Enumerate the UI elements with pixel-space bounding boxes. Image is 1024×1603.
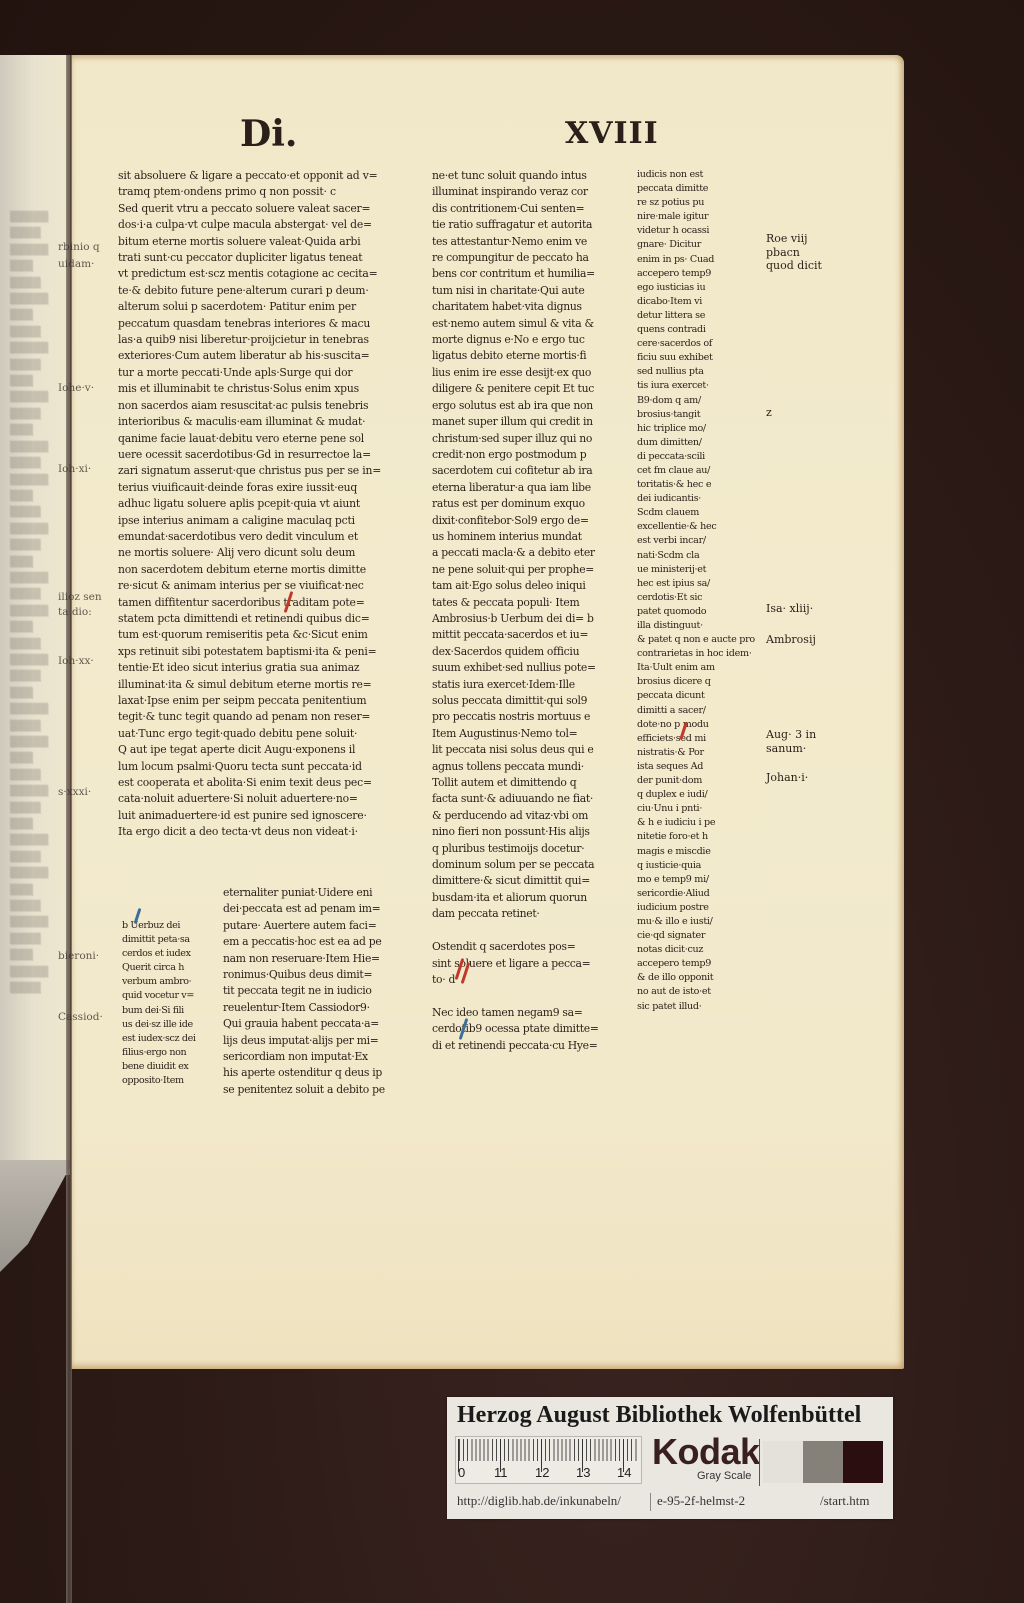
text-line: brosius dicere q xyxy=(637,675,767,689)
text-line: morte dignus e·No e ergo tuc xyxy=(432,332,610,348)
text-line: & h e iudiciu i pe xyxy=(637,816,767,830)
text-line: lum locum psalmi·Quoru tecta sunt peccat… xyxy=(118,759,413,775)
text-line: cata·noluit aduertere·Si noluit aduerter… xyxy=(118,791,413,807)
text-line: tur a morte peccati·Unde apls·Surge qui … xyxy=(118,365,413,381)
text-line xyxy=(432,988,610,1004)
text-line: illa distinguut· xyxy=(637,619,767,633)
text-line: dex·Sacerdos quidem officiu xyxy=(432,644,610,660)
text-line: credit·non ergo postmodum p xyxy=(432,447,610,463)
text-line: Qui grauia habent peccata·a= xyxy=(223,1016,415,1032)
margin-note-left: ilioz sen xyxy=(58,591,102,603)
margin-note-left: Ioh·xx· xyxy=(58,655,94,667)
text-line: tates & peccata populi· Item xyxy=(432,595,610,611)
running-head-left: Di. xyxy=(240,113,297,155)
text-line: dote·no p modu xyxy=(637,718,767,732)
text-line: accepero temp9 xyxy=(637,267,767,281)
text-line: Ambrosius·b Uerbum dei di= b xyxy=(432,611,610,627)
library-title: Herzog August Bibliothek Wolfenbüttel xyxy=(457,1402,861,1429)
text-line: accepero temp9 xyxy=(637,957,767,971)
text-line: bens cor contritum et humilia= xyxy=(432,266,610,282)
text-line: nire·male igitur xyxy=(637,210,767,224)
text-line: tis iura exercet· xyxy=(637,379,767,393)
text-line: ego iusticias iu xyxy=(637,281,767,295)
text-line: gnare· Dicitur xyxy=(637,238,767,252)
text-line: sit absoluere & ligare a peccato·et oppo… xyxy=(118,168,413,184)
text-line: dam peccata retinet· xyxy=(432,906,610,922)
text-line: notas dicit·cuz xyxy=(637,943,767,957)
text-line: interioribus & maculis·eam illuminat & m… xyxy=(118,414,413,430)
text-line: illuminat inspirando veraz cor xyxy=(432,184,610,200)
text-line: se penitentez soluit a debito pe xyxy=(223,1082,415,1098)
text-line: tam ait·Ego solus deleo iniqui xyxy=(432,578,610,594)
text-line: Q aut ipe tegat aperte dicit Augu·expone… xyxy=(118,742,413,758)
text-line: est cooperata et abolita·Si enim texit d… xyxy=(118,775,413,791)
text-line: Sed querit vtru a peccato soluere valeat… xyxy=(118,201,413,217)
text-line: dum dimitten/ xyxy=(637,436,767,450)
text-line: mu·& illo e iusti/ xyxy=(637,915,767,929)
text-line: tum est·quorum remiseritis peta &c·Sicut… xyxy=(118,627,413,643)
text-line: statis iura exercet·Idem·Ille xyxy=(432,677,610,693)
text-line: bitum eterne mortis soluere valeat·Quida… xyxy=(118,234,413,250)
text-line: dixit·confitebor·Sol9 ergo de= xyxy=(432,513,610,529)
text-line: dei iudicantis· xyxy=(637,492,767,506)
text-line: sericordie·Aliud xyxy=(637,887,767,901)
text-line: diligere & penitere cepit Et tuc xyxy=(432,381,610,397)
gray-swatch-mid xyxy=(803,1441,843,1483)
text-line: emundat·sacerdotibus vero dedit vinculum… xyxy=(118,529,413,545)
text-line: dicabo·Item vi xyxy=(637,295,767,309)
text-line: q pluribus testimoijs docetur· xyxy=(432,841,610,857)
text-line: ne·et tunc soluit quando intus xyxy=(432,168,610,184)
text-line: Tollit autem et dimittendo q xyxy=(432,775,610,791)
text-line: sericordiam non imputat·Ex xyxy=(223,1049,415,1065)
ruler-number: 11 xyxy=(494,1465,508,1480)
text-line: qanime facie lauat·debitu vero eterne pe… xyxy=(118,431,413,447)
text-line: ne mortis soluere· Alij vero dicunt solu… xyxy=(118,545,413,561)
text-line: Ita ergo dicit a deo tecta·vt deus non v… xyxy=(118,824,413,840)
margin-note-left: uidam· xyxy=(58,258,94,270)
url-divider xyxy=(650,1493,651,1511)
margin-note-left: bieroni· xyxy=(58,950,99,962)
text-line: zari signatum asserut·que christus pus p… xyxy=(118,463,413,479)
text-column-3-gloss: iudicis non estpeccata dimittere sz poti… xyxy=(637,168,767,1014)
margin-note-left: ta dio: xyxy=(58,606,92,618)
text-line: bene diuidit ex xyxy=(122,1060,217,1074)
text-line: ciu·Unu i pnti· xyxy=(637,802,767,816)
text-line: trati sunt·cu peccator dupliciter ligatu… xyxy=(118,250,413,266)
text-line: re·sicut & animam interius per se viuifi… xyxy=(118,578,413,594)
text-line: non sacerdotem debitum eterne mortis dim… xyxy=(118,562,413,578)
text-line: B9·dom q am/ xyxy=(637,394,767,408)
text-line: putare· Auertere autem faci= xyxy=(223,918,415,934)
text-line: enim in ps· Cuad xyxy=(637,253,767,267)
text-line: brosius·tangit xyxy=(637,408,767,422)
text-line: terius viuificauit·deinde foras exire iu… xyxy=(118,480,413,496)
text-line: lius enim ire esse desijt·ex quo xyxy=(432,365,610,381)
text-line: dimittere·& sicut dimittit qui= xyxy=(432,873,610,889)
text-line: ue ministerij·et xyxy=(637,563,767,577)
text-line: Ita·Uult enim am xyxy=(637,661,767,675)
text-line: luit animaduertere·id est punire sed ign… xyxy=(118,808,413,824)
gloss-column: b Uerbuz deidimittit peta·sacerdos et iu… xyxy=(122,919,217,1088)
text-line: est verbi incar/ xyxy=(637,534,767,548)
text-line: lijs deus imputat·alijs per mi= xyxy=(223,1033,415,1049)
margin-note-right: sanum· xyxy=(766,742,806,755)
text-line: peccata dimitte xyxy=(637,182,767,196)
text-line: tamen diffitentur sacerdoribus traditam … xyxy=(118,595,413,611)
text-line: dominum solum per se peccata xyxy=(432,857,610,873)
text-line: us hominem interius mundat xyxy=(432,529,610,545)
url-page: /start.htm xyxy=(820,1493,869,1509)
text-line: uat·Tunc ergo tegit·quado debitu pene so… xyxy=(118,726,413,742)
text-line: tit peccata tegit ne in iudicio xyxy=(223,983,415,999)
margin-note-left: rbinio q xyxy=(58,241,100,253)
text-line: videtur h ocassi xyxy=(637,224,767,238)
text-line: tes attestantur·Nemo enim ve xyxy=(432,234,610,250)
text-line: mis et illuminabit te christus·Solus eni… xyxy=(118,381,413,397)
text-column-2: ne·et tunc soluit quando intusilluminat … xyxy=(432,168,610,1054)
text-line: dimitti a sacer/ xyxy=(637,704,767,718)
margin-note-left: Cassiod· xyxy=(58,1011,103,1023)
kodak-logo: Kodak xyxy=(652,1431,760,1473)
text-line: mittit peccata·sacerdos et iu= xyxy=(432,627,610,643)
text-line: em a peccatis·hoc est ea ad pe xyxy=(223,934,415,950)
text-line: dimittit peta·sa xyxy=(122,933,217,947)
text-line: sed nullius pta xyxy=(637,365,767,379)
text-line: manet super illum qui credit in xyxy=(432,414,610,430)
text-line: & de illo opponit xyxy=(637,971,767,985)
text-line: peccatum quasdam tenebras interiores & m… xyxy=(118,316,413,332)
text-line: nino fieri non possunt·His alijs xyxy=(432,824,610,840)
text-line: cere·sacerdos of xyxy=(637,337,767,351)
text-line: reuelentur·Item Cassiodor9· xyxy=(223,1000,415,1016)
text-line: efficiets·sed mi xyxy=(637,732,767,746)
gray-swatch-light xyxy=(763,1441,803,1483)
text-line: ipse interius animam a caligine maculaq … xyxy=(118,513,413,529)
text-line: sic patet illud· xyxy=(637,1000,767,1014)
text-line: contrarietas in hoc idem· xyxy=(637,647,767,661)
text-line: tegit·& tunc tegit quando ad penam non r… xyxy=(118,709,413,725)
text-line: alterum solui p sacerdotem· Patitur enim… xyxy=(118,299,413,315)
text-line: Ostendit q sacerdotes pos= xyxy=(432,939,610,955)
text-line: Querit circa h xyxy=(122,961,217,975)
text-line: opposito·Item xyxy=(122,1074,217,1088)
text-line: no aut de isto·et xyxy=(637,985,767,999)
text-line: quens contradi xyxy=(637,323,767,337)
text-line: solus peccata dimittit·qui sol9 xyxy=(432,693,610,709)
margin-note-right: z xyxy=(766,406,772,419)
text-line: nitetie foro·et h xyxy=(637,830,767,844)
text-line: te·& debito future pene·alterum curari p… xyxy=(118,283,413,299)
ruler-ticks xyxy=(459,1439,638,1461)
gray-scale-label: Gray Scale xyxy=(697,1470,751,1482)
margin-note-right: pbacn xyxy=(766,246,800,259)
margin-note-right: quod dicit xyxy=(766,259,822,272)
text-line: tie ratio suffragatur et autorita xyxy=(432,217,610,233)
text-line: Item Augustinus·Nemo tol= xyxy=(432,726,610,742)
ruler-number: 0 xyxy=(458,1465,465,1480)
text-line: laxat·Ipse enim per seipm peccata penite… xyxy=(118,693,413,709)
text-line: suum exhibet·sed nullius pote= xyxy=(432,660,610,676)
text-line: non sacerdos aiam resuscitat·ac pulsis t… xyxy=(118,398,413,414)
text-line: re compungitur de peccato ha xyxy=(432,250,610,266)
text-line: ficiu suu exhibet xyxy=(637,351,767,365)
measurement-ruler: 0 11 12 13 14 xyxy=(455,1436,642,1484)
text-line: dis contritionem·Cui senten= xyxy=(432,201,610,217)
text-line: q iusticie·quia xyxy=(637,859,767,873)
text-line: cet fm claue au/ xyxy=(637,464,767,478)
text-line: lit peccata nisi solus deus qui e xyxy=(432,742,610,758)
text-line: sacerdotem cui cofitetur ab ira xyxy=(432,463,610,479)
ruler-number: 14 xyxy=(617,1465,631,1480)
text-line: patet quomodo xyxy=(637,605,767,619)
text-line: vt predictum est·scz mentis cotagione ac… xyxy=(118,266,413,282)
text-column-1: sit absoluere & ligare a peccato·et oppo… xyxy=(118,168,413,841)
text-line: nati·Scdm cla xyxy=(637,549,767,563)
text-line xyxy=(432,923,610,939)
text-line: pro peccatis nostris mortuus e xyxy=(432,709,610,725)
ruler-number: 13 xyxy=(576,1465,590,1480)
text-line: excellentie·& hec xyxy=(637,520,767,534)
margin-note-right: Ambrosij xyxy=(766,633,816,646)
text-line: busdam·ita et aliorum quorun xyxy=(432,890,610,906)
margin-note-right: Isa· xliij· xyxy=(766,602,813,615)
text-line: nistratis·& Por xyxy=(637,746,767,760)
text-line: xps retinuit sibi potestatem baptismi·it… xyxy=(118,644,413,660)
binding-gutter xyxy=(66,55,72,1603)
text-line: di et retinendi peccata·cu Hye= xyxy=(432,1038,610,1054)
text-line: his aperte ostenditur q deus ip xyxy=(223,1065,415,1081)
text-column-1-continued: eternaliter puniat·Uidere enidei·peccata… xyxy=(223,885,415,1098)
text-line: mo e temp9 mi/ xyxy=(637,873,767,887)
text-line: der punit·dom xyxy=(637,774,767,788)
text-line: est iudex·scz dei xyxy=(122,1032,217,1046)
text-line: verbum ambro· xyxy=(122,975,217,989)
text-line: q duplex e iudi/ xyxy=(637,788,767,802)
margin-note-left: s·xxxi· xyxy=(58,786,91,798)
text-line: Scdm clauem xyxy=(637,506,767,520)
text-line: christum·sed super illuz qui no xyxy=(432,431,610,447)
text-line: ligatus debito eterne mortis·fi xyxy=(432,348,610,364)
folio-number: XVIII xyxy=(565,116,659,151)
text-line: cie·qd signater xyxy=(637,929,767,943)
margin-note-left: Iohe·v· xyxy=(58,382,94,394)
text-line: las·a quib9 nisi liberetur·proijcietur i… xyxy=(118,332,413,348)
divider xyxy=(759,1439,760,1486)
text-line: est·nemo autem simul & vita & xyxy=(432,316,610,332)
margin-note-right: Johan·i· xyxy=(766,771,808,784)
text-line: tum nisi in charitate·Qui aute xyxy=(432,283,610,299)
margin-note-right: Roe viij xyxy=(766,232,808,245)
text-line: iudicium postre xyxy=(637,901,767,915)
text-line: statem pcta dimittendi et retinendi quib… xyxy=(118,611,413,627)
text-line: & patet q non e aucte pro xyxy=(637,633,767,647)
text-line: hec est ipius sa/ xyxy=(637,577,767,591)
ruler-number: 12 xyxy=(535,1465,549,1480)
text-line: ratus est per dominum exquo xyxy=(432,496,610,512)
text-line: eternaliter puniat·Uidere eni xyxy=(223,885,415,901)
gray-swatch-dark xyxy=(843,1441,883,1483)
archive-label-card: Herzog August Bibliothek Wolfenbüttel 0 … xyxy=(447,1397,893,1519)
text-line: peccata dicunt xyxy=(637,689,767,703)
text-line: exteriores·Cum autem liberatur ab his·su… xyxy=(118,348,413,364)
text-line: ista seques Ad xyxy=(637,760,767,774)
url-base: http://diglib.hab.de/inkunabeln/ xyxy=(457,1493,621,1509)
text-line: quid vocetur v= xyxy=(122,989,217,1003)
text-line: illuminat·ita & simul debitum eterne mor… xyxy=(118,677,413,693)
text-line: detur littera se xyxy=(637,309,767,323)
text-line: charitatem habet·vita dignus xyxy=(432,299,610,315)
text-line: di peccata·scili xyxy=(637,450,767,464)
margin-note-right: Aug· 3 in xyxy=(766,728,816,741)
text-line: uere ocessit sacerdotibus·Gd in resurrec… xyxy=(118,447,413,463)
text-line: dei·peccata est ad penam im= xyxy=(223,901,415,917)
text-line: & perducendo ad vitaz·vbi om xyxy=(432,808,610,824)
text-line: eterna liberatur·a qua iam libe xyxy=(432,480,610,496)
text-line: agnus tollens peccata mundi· xyxy=(432,759,610,775)
text-line: us dei·sz ille ide xyxy=(122,1018,217,1032)
url-shelfmark: e-95-2f-helmst-2 xyxy=(657,1493,745,1509)
text-line: a peccati macla·& a debito eter xyxy=(432,545,610,561)
text-line: toritatis·& hec e xyxy=(637,478,767,492)
text-line: magis e miscdie xyxy=(637,845,767,859)
text-line: ergo solutus est ab ira que non xyxy=(432,398,610,414)
text-line: dos·i·a culpa·vt culpe macula abstergat·… xyxy=(118,217,413,233)
text-line: Nec ideo tamen negam9 sa= xyxy=(432,1005,610,1021)
text-line: bum dei·Si fili xyxy=(122,1004,217,1018)
text-line: facta sunt·& adiuuando ne fiat· xyxy=(432,791,610,807)
margin-note-left: Ioh·xi· xyxy=(58,463,91,475)
text-line: nam non reseruare·Item Hie= xyxy=(223,951,415,967)
text-line: tentie·Et ideo sicut interius gratia sua… xyxy=(118,660,413,676)
text-line: ronimus·Quibus deus dimit= xyxy=(223,967,415,983)
text-line: tramq ptem·ondens primo q non possit· c xyxy=(118,184,413,200)
text-line: ne pene soluit·qui per prophe= xyxy=(432,562,610,578)
text-line: re sz potius pu xyxy=(637,196,767,210)
text-line: cerdos et iudex xyxy=(122,947,217,961)
text-line: iudicis non est xyxy=(637,168,767,182)
text-line: filius·ergo non xyxy=(122,1046,217,1060)
text-line: hic triplice mo/ xyxy=(637,422,767,436)
text-line: adhuc ligatu soluere aplis pcepit·quia v… xyxy=(118,496,413,512)
text-line: cerdotis·Et sic xyxy=(637,591,767,605)
